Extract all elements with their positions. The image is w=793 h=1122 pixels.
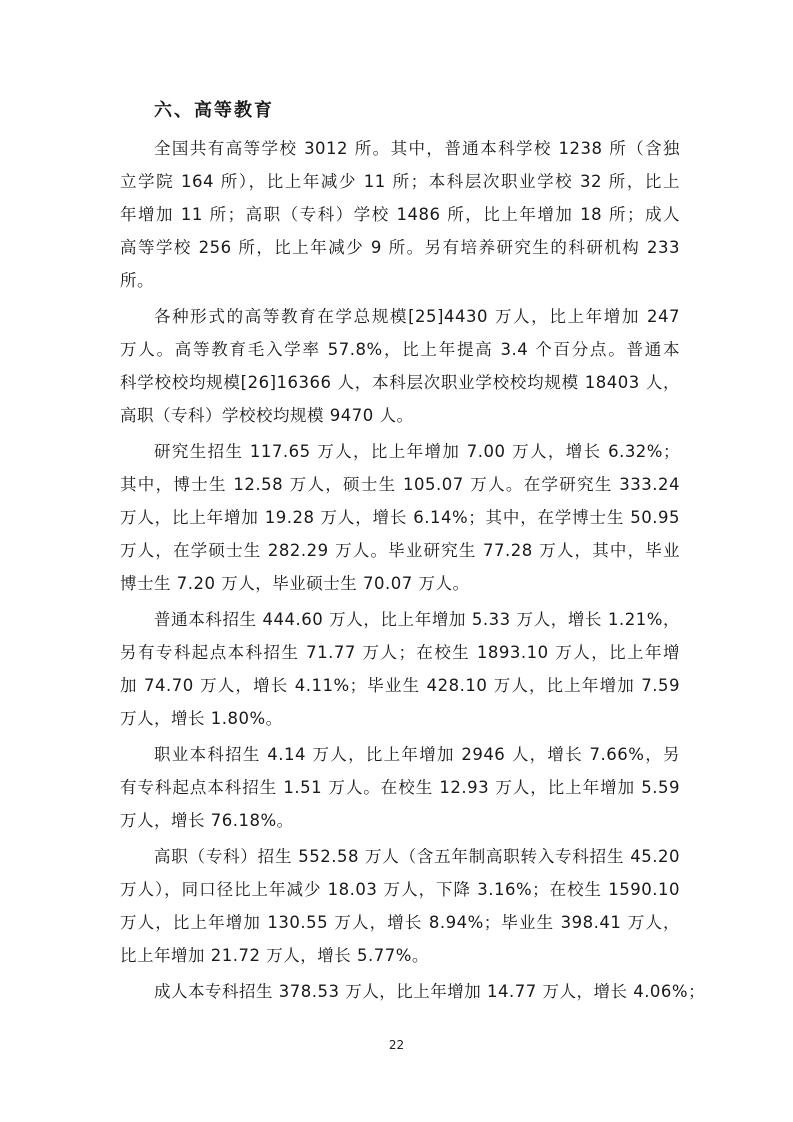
text-line: 普通本科招生 444.60 万人，比上年增加 5.33 万人，增长 1.21%， bbox=[120, 603, 680, 636]
paragraph-graduate: 研究生招生 117.65 万人，比上年增加 7.00 万人，增长 6.32%； … bbox=[120, 435, 680, 600]
text-line: 研究生招生 117.65 万人，比上年增加 7.00 万人，增长 6.32%； bbox=[120, 435, 680, 468]
text-line: 年增加 11 所；高职（专科）学校 1486 所，比上年增加 18 所；成人 bbox=[120, 198, 680, 231]
text-line: 成人本专科招生 378.53 万人，比上年增加 14.77 万人，增长 4.06… bbox=[120, 975, 680, 1008]
text-line: 万人。高等教育毛入学率 57.8%，比上年提高 3.4 个百分点。普通本 bbox=[120, 333, 680, 366]
text-line: 万人，在学硕士生 282.29 万人。毕业研究生 77.28 万人，其中，毕业 bbox=[120, 534, 680, 567]
text-line: 高职（专科）学校校均规模 9470 人。 bbox=[120, 399, 680, 432]
paragraph-higher-vocational: 高职（专科）招生 552.58 万人（含五年制高职转入专科招生 45.20 万人… bbox=[120, 840, 680, 972]
paragraph-vocational-undergraduate: 职业本科招生 4.14 万人，比上年增加 2946 人，增长 7.66%，另 有… bbox=[120, 738, 680, 837]
text-line: 其中，博士生 12.58 万人，硕士生 105.07 万人。在学研究生 333.… bbox=[120, 468, 680, 501]
text-line: 比上年增加 21.72 万人，增长 5.77%。 bbox=[120, 939, 680, 972]
page-number: 22 bbox=[0, 1038, 793, 1052]
text-line: 万人，增长 1.80%。 bbox=[120, 702, 680, 735]
paragraph-institutions: 全国共有高等学校 3012 所。其中，普通本科学校 1238 所（含独 立学院 … bbox=[120, 132, 680, 297]
text-line: 科学校校均规模[26]16366 人，本科层次职业学校校均规模 18403 人， bbox=[120, 366, 680, 399]
text-line: 所。 bbox=[120, 264, 680, 297]
text-line: 另有专科起点本科招生 71.77 万人；在校生 1893.10 万人，比上年增 bbox=[120, 636, 680, 669]
text-line: 万人，比上年增加 130.55 万人，增长 8.94%；毕业生 398.41 万… bbox=[120, 906, 680, 939]
text-line: 立学院 164 所），比上年减少 11 所；本科层次职业学校 32 所，比上 bbox=[120, 165, 680, 198]
text-line: 各种形式的高等教育在学总规模[25]4430 万人，比上年增加 247 bbox=[120, 300, 680, 333]
paragraph-scale: 各种形式的高等教育在学总规模[25]4430 万人，比上年增加 247 万人。高… bbox=[120, 300, 680, 432]
text-line: 高等学校 256 所，比上年减少 9 所。另有培养研究生的科研机构 233 bbox=[120, 231, 680, 264]
text-line: 万人，增长 76.18%。 bbox=[120, 804, 680, 837]
paragraph-undergraduate: 普通本科招生 444.60 万人，比上年增加 5.33 万人，增长 1.21%，… bbox=[120, 603, 680, 735]
text-line: 万人），同口径比上年减少 18.03 万人，下降 3.16%；在校生 1590.… bbox=[120, 873, 680, 906]
text-line: 职业本科招生 4.14 万人，比上年增加 2946 人，增长 7.66%，另 bbox=[120, 738, 680, 771]
section-heading: 六、高等教育 bbox=[154, 96, 274, 122]
text-line: 高职（专科）招生 552.58 万人（含五年制高职转入专科招生 45.20 bbox=[120, 840, 680, 873]
text-line: 加 74.70 万人，增长 4.11%；毕业生 428.10 万人，比上年增加 … bbox=[120, 669, 680, 702]
text-line: 万人，比上年增加 19.28 万人，增长 6.14%；其中，在学博士生 50.9… bbox=[120, 501, 680, 534]
text-line: 全国共有高等学校 3012 所。其中，普通本科学校 1238 所（含独 bbox=[120, 132, 680, 165]
text-line: 博士生 7.20 万人，毕业硕士生 70.07 万人。 bbox=[120, 567, 680, 600]
text-line: 有专科起点本科招生 1.51 万人。在校生 12.93 万人，比上年增加 5.5… bbox=[120, 771, 680, 804]
paragraph-adult-education: 成人本专科招生 378.53 万人，比上年增加 14.77 万人，增长 4.06… bbox=[120, 975, 680, 1008]
